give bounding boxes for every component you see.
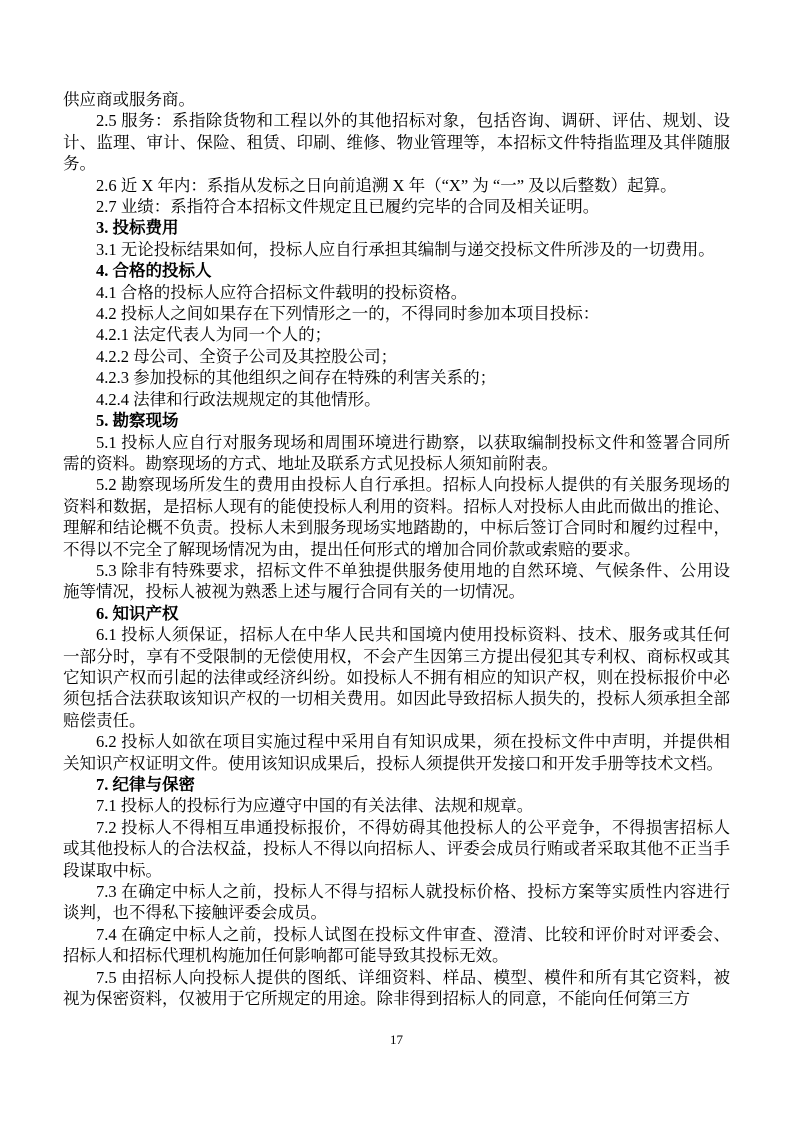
paragraph: 7.1 投标人的投标行为应遵守中国的有关法律、法规和规章。 (63, 795, 730, 816)
paragraph: 7.5 由招标人向投标人提供的图纸、详细资料、样品、模型、模件和所有其它资料，被… (63, 967, 730, 1010)
paragraph: 3.1 无论投标结果如何，投标人应自行承担其编制与递交投标文件所涉及的一切费用。 (63, 239, 730, 260)
paragraph: 2.5 服务：系指除货物和工程以外的其他招标对象，包括咨询、调研、评估、规划、设… (63, 110, 730, 174)
paragraph: 2.6 近 X 年内：系指从发标之日向前追溯 X 年（“X” 为 “一” 及以后… (63, 175, 730, 196)
paragraph: 5.3 除非有特殊要求，招标文件不单独提供服务使用地的自然环境、气候条件、公用设… (63, 560, 730, 603)
paragraph: 5.2 勘察现场所发生的费用由投标人自行承担。招标人向投标人提供的有关服务现场的… (63, 474, 730, 560)
paragraph: 4.2 投标人之间如果存在下列情形之一的，不得同时参加本项目投标： (63, 303, 730, 324)
paragraph: 7.3 在确定中标人之前，投标人不得与招标人就投标价格、投标方案等实质性内容进行… (63, 881, 730, 924)
paragraph: 4.2.1 法定代表人为同一个人的； (63, 324, 730, 345)
section-heading: 5. 勘察现场 (63, 410, 730, 431)
paragraph: 4.2.4 法律和行政法规规定的其他情形。 (63, 389, 730, 410)
page-footer: 17 (0, 1032, 793, 1048)
paragraph: 5.1 投标人应自行对服务现场和周围环境进行勘察，以获取编制投标文件和签署合同所… (63, 432, 730, 475)
paragraph: 6.1 投标人须保证，招标人在中华人民共和国境内使用投标资料、技术、服务或其任何… (63, 624, 730, 731)
section-heading: 3. 投标费用 (63, 217, 730, 238)
document-body: 供应商或服务商。2.5 服务：系指除货物和工程以外的其他招标对象，包括咨询、调研… (63, 89, 730, 1009)
paragraph: 7.4 在确定中标人之前，投标人试图在投标文件审查、澄清、比较和评价时对评委会、… (63, 924, 730, 967)
section-heading: 7. 纪律与保密 (63, 774, 730, 795)
paragraph: 供应商或服务商。 (63, 89, 730, 110)
paragraph: 6.2 投标人如欲在项目实施过程中采用自有知识成果，须在投标文件中声明，并提供相… (63, 731, 730, 774)
paragraph: 4.2.3 参加投标的其他组织之间存在特殊的利害关系的； (63, 367, 730, 388)
paragraph: 7.2 投标人不得相互串通投标报价，不得妨碍其他投标人的公平竞争，不得损害招标人… (63, 817, 730, 881)
paragraph: 4.2.2 母公司、全资子公司及其控股公司； (63, 346, 730, 367)
paragraph: 2.7 业绩：系指符合本招标文件规定且已履约完毕的合同及相关证明。 (63, 196, 730, 217)
paragraph: 4.1 合格的投标人应符合招标文件载明的投标资格。 (63, 282, 730, 303)
page-number: 17 (390, 1032, 403, 1047)
section-heading: 4. 合格的投标人 (63, 260, 730, 281)
document-page: 供应商或服务商。2.5 服务：系指除货物和工程以外的其他招标对象，包括咨询、调研… (0, 0, 793, 1123)
section-heading: 6. 知识产权 (63, 603, 730, 624)
